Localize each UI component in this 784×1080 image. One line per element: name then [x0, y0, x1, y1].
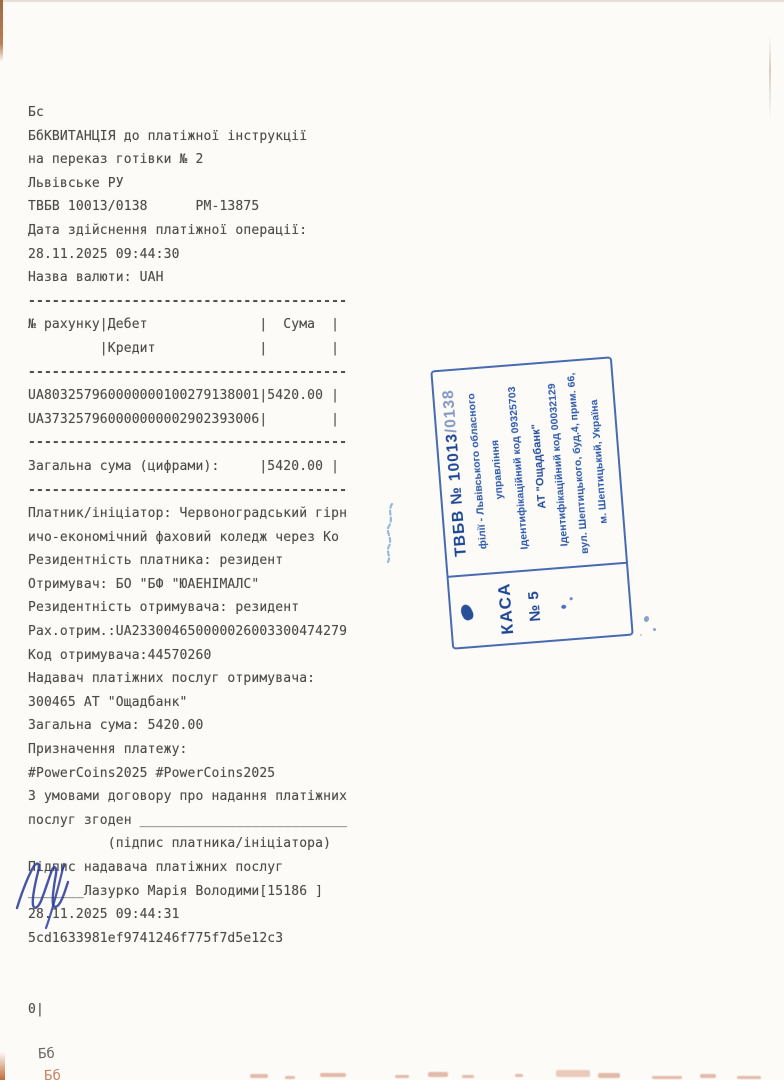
bleed-smudge: [250, 1074, 268, 1078]
scanned-receipt-page: { "receipt": { "lines": [ "Бс", "БбКВИТА…: [0, 0, 784, 1080]
receipt-line: Львівське РУ: [28, 172, 347, 196]
bank-stamp: КАСА № 5 ТВБВ № 10013/0138 філії - Львів…: [430, 356, 633, 649]
footer-mark-gray: Бб: [38, 1046, 56, 1063]
receipt-line: Резидентність платника: резидент: [28, 549, 347, 573]
receipt-line: #PowerCoins2025 #PowerCoins2025: [28, 762, 347, 786]
bleed-smudge: [652, 1076, 682, 1079]
receipt-line: |Кредит | |: [28, 337, 347, 361]
bleed-smudge: [737, 1076, 761, 1079]
receipt-line: ----------------------------------------: [28, 290, 347, 314]
bleed-smudge: [515, 1074, 523, 1077]
receipt-line: на переказ готівки № 2: [28, 148, 347, 172]
stamp-kasa-label: КАСА: [494, 573, 516, 644]
receipt-line: [28, 974, 347, 998]
receipt-line: З умовами договору про надання платіжних: [28, 785, 347, 809]
bleed-smudge: [285, 1076, 295, 1079]
receipt-line: БбКВИТАНЦІЯ до платіжної інструкції: [28, 125, 347, 149]
receipt-line: 28.11.2025 09:44:30: [28, 243, 347, 267]
receipt-line: (підпис платника/ініціатора): [28, 832, 347, 856]
receipt-line: Дата здійснення платіжної операції:: [28, 219, 347, 243]
receipt-line: Платник/ініціатор: Червоноградський гірн: [28, 502, 347, 526]
receipt-line: 300465 АТ "Ощадбанк": [28, 691, 347, 715]
bleed-smudge: [395, 1075, 409, 1078]
bleed-smudge: [320, 1073, 346, 1077]
receipt-line: ----------------------------------------: [28, 431, 347, 455]
stamp-details-section: ТВБВ № 10013/0138 філії - Львівського об…: [432, 358, 625, 575]
receipt-line: Резидентність отримувача: резидент: [28, 596, 347, 620]
receipt-line: Отримувач: БО "БФ "ЮАЕНІМАЛС": [28, 573, 347, 597]
stamp-ink-blob: [459, 603, 475, 622]
receipt-line: [28, 950, 347, 974]
receipt-line: Код отримувача:44570260: [28, 644, 347, 668]
receipt-line: ----------------------------------------: [28, 361, 347, 385]
footer-mark-orange: Бб: [44, 1068, 61, 1080]
bleed-smudge: [598, 1073, 620, 1078]
stamp-kasa-number: № 5: [524, 571, 544, 642]
stamp-dot: [570, 598, 573, 601]
ink-speck: [653, 628, 656, 631]
receipt-line: UA803257960000000100279138001|5420.00 |: [28, 384, 347, 408]
receipt-line: Призначення платежу:: [28, 738, 347, 762]
bleed-smudge: [428, 1072, 448, 1077]
ink-smear: [382, 502, 400, 566]
stamp-branch-suffix: /0138: [440, 389, 460, 434]
scan-top-edge: [0, 0, 784, 2]
signature-scribble: [14, 858, 78, 934]
receipt-line: Загальна сума (цифрами): |5420.00 |: [28, 455, 347, 479]
scan-left-edge: [0, 0, 3, 62]
ink-speck: [640, 634, 642, 636]
ink-speck: [643, 615, 650, 622]
bleed-smudge: [700, 1074, 716, 1078]
receipt-line: Бс: [28, 101, 347, 125]
bleed-smudge: [462, 1075, 474, 1078]
receipt-line: UA373257960000000002902393006| |: [28, 408, 347, 432]
stamp-kasa-section: КАСА № 5: [448, 562, 631, 648]
bleed-smudge: [556, 1070, 590, 1077]
receipt-line: № рахунку|Дебет | Сума |: [28, 313, 347, 337]
receipt-line: ТВБВ 10013/0138 РМ-13875: [28, 195, 347, 219]
scan-corner-streak: [0, 1052, 5, 1080]
receipt-line: ичо-економічний фаховий коледж через Ко: [28, 526, 347, 550]
receipt-line: послуг згоден __________________________: [28, 809, 347, 833]
receipt-line: Рах.отрим.:UA233004650000026003300474279: [28, 620, 347, 644]
receipt-line: Надавач платіжних послуг отримувача:: [28, 667, 347, 691]
receipt-line: Назва валюти: UAH: [28, 266, 347, 290]
receipt-line: 0|: [28, 998, 347, 1022]
receipt-line: Загальна сума: 5420.00: [28, 714, 347, 738]
stamp-dot: [561, 605, 566, 609]
scan-right-crease: [769, 36, 771, 120]
receipt-line: ----------------------------------------: [28, 479, 347, 503]
